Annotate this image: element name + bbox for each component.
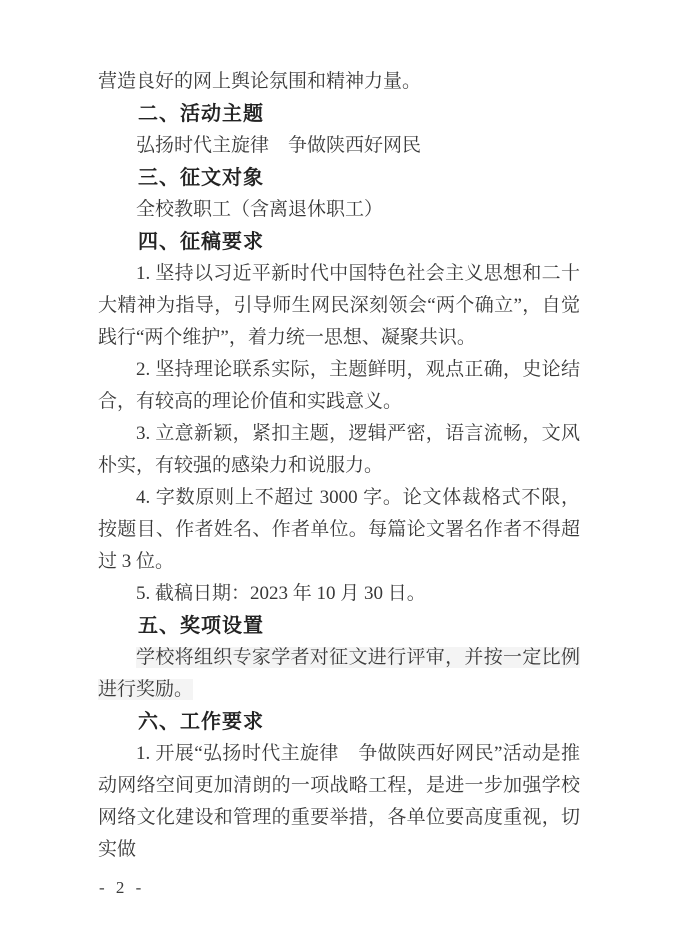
paragraph-requirement-1: 1. 坚持以习近平新时代中国特色社会主义思想和二十大精神为指导，引导师生网民深刻… (98, 258, 580, 354)
paragraph-requirement-4: 4. 字数原则上不超过 3000 字。论文体裁格式不限，按题目、作者姓名、作者单… (98, 482, 580, 578)
paragraph-continued-from-previous-page: 营造良好的网上舆论氛围和精神力量。 (98, 66, 580, 98)
document-body: 营造良好的网上舆论氛围和精神力量。 二、活动主题 弘扬时代主旋律 争做陕西好网民… (98, 66, 580, 866)
paragraph-work-requirement-1: 1. 开展“弘扬时代主旋律 争做陕西好网民”活动是推动网络空间更加清朗的一项战略… (98, 738, 580, 866)
paragraph-requirement-3: 3. 立意新颖，紧扣主题，逻辑严密，语言流畅，文风朴实，有较强的感染力和说服力。 (98, 418, 580, 482)
paragraph-award-review: 学校将组织专家学者对征文进行评审，并按一定比例进行奖励。 (98, 642, 580, 706)
paragraph-theme-slogan: 弘扬时代主旋律 争做陕西好网民 (98, 130, 580, 162)
heading-section-6-work-requirements: 六、工作要求 (98, 706, 580, 738)
heading-section-5-awards: 五、奖项设置 (98, 610, 580, 642)
document-page: 营造良好的网上舆论氛围和精神力量。 二、活动主题 弘扬时代主旋律 争做陕西好网民… (0, 0, 677, 940)
highlighted-text: 学校将组织专家学者对征文进行评审，并按一定比例进行奖励。 (98, 647, 580, 700)
paragraph-requirement-5-deadline: 5. 截稿日期：2023 年 10 月 30 日。 (98, 578, 580, 610)
heading-section-2-activity-theme: 二、活动主题 (98, 98, 580, 130)
paragraph-target-audience: 全校教职工（含离退休职工） (98, 194, 580, 226)
heading-section-3-essay-target: 三、征文对象 (98, 162, 580, 194)
heading-section-4-submission-requirements: 四、征稿要求 (98, 226, 580, 258)
paragraph-requirement-2: 2. 坚持理论联系实际，主题鲜明，观点正确，史论结合，有较高的理论价值和实践意义… (98, 354, 580, 418)
page-number: - 2 - (99, 878, 143, 898)
